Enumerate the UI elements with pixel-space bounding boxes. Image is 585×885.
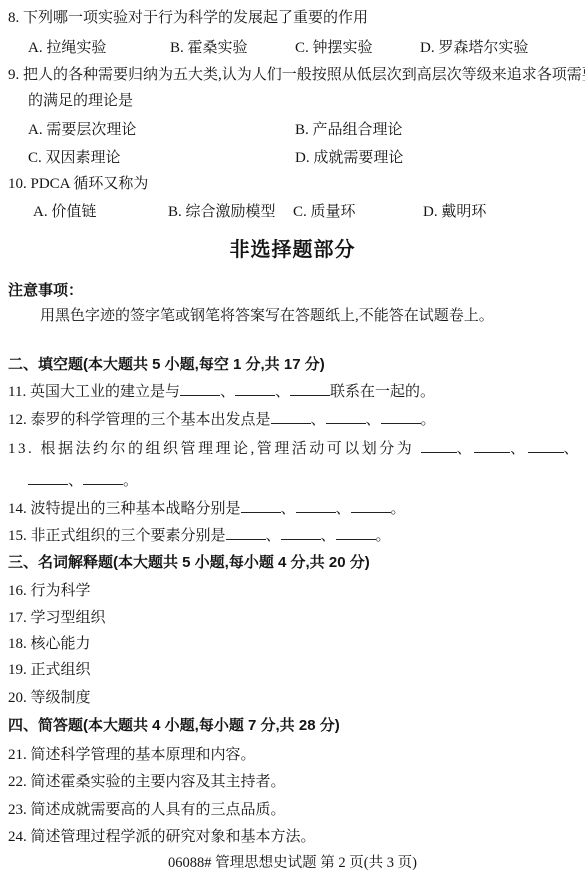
question-11: 11. 英国大工业的建立是与、、联系在一起的。 (8, 382, 581, 402)
option-9-b: B. 产品组合理论 (295, 120, 403, 140)
fill-section-heading: 二、填空题(本大题共 5 小题,每空 1 分,共 17 分) (8, 355, 581, 375)
short-answer-section-heading: 四、简答题(本大题共 4 小题,每小题 7 分,共 28 分) (8, 716, 581, 736)
question-17: 17. 学习型组织 (8, 608, 581, 628)
separator: 、 (311, 412, 326, 428)
exam-page: 8. 下列哪一项实验对于行为科学的发展起了重要的作用 A. 拉绳实验 B. 霍桑… (0, 0, 585, 885)
answer-blank (381, 423, 421, 424)
separator: 、 (564, 441, 582, 457)
option-10-d: D. 戴明环 (423, 202, 486, 222)
separator: 、 (266, 528, 281, 544)
question-12-text: 12. 泰罗的科学管理的三个基本出发点是 (8, 412, 271, 428)
option-10-b: B. 综合激励模型 (168, 202, 276, 222)
question-9-text-line2: 的满足的理论是 (28, 91, 581, 111)
question-20: 20. 等级制度 (8, 688, 581, 708)
page-footer: 06088# 管理思想史试题 第 2 页(共 3 页) (0, 853, 585, 873)
full-stop: 。 (391, 501, 406, 517)
question-13-text: 13. 根据法约尔的组织管理理论,管理活动可以划分为 (8, 441, 421, 457)
answer-blank (226, 539, 266, 540)
answer-blank (474, 452, 510, 453)
option-10-a: A. 价值链 (33, 202, 96, 222)
question-14-text: 14. 波特提出的三种基本战略分别是 (8, 501, 241, 517)
answer-blank (241, 512, 281, 513)
notice-label: 注意事项： (8, 281, 581, 301)
answer-blank (326, 423, 366, 424)
answer-blank (83, 484, 123, 485)
question-15: 15. 非正式组织的三个要素分别是、、。 (8, 526, 581, 546)
separator: 、 (336, 501, 351, 517)
answer-blank (235, 395, 275, 396)
question-24: 24. 简述管理过程学派的研究对象和基本方法。 (8, 827, 581, 847)
option-8-c: C. 钟摆实验 (295, 38, 373, 58)
answer-blank (28, 484, 68, 485)
answer-blank (290, 395, 330, 396)
answer-blank (351, 512, 391, 513)
option-9-d: D. 成就需要理论 (295, 148, 403, 168)
separator: 、 (510, 441, 528, 457)
question-21: 21. 简述科学管理的基本原理和内容。 (8, 745, 581, 765)
option-8-d: D. 罗森塔尔实验 (420, 38, 528, 58)
option-8-b: B. 霍桑实验 (170, 38, 248, 58)
question-12: 12. 泰罗的科学管理的三个基本出发点是、、。 (8, 410, 581, 430)
option-9-a: A. 需要层次理论 (28, 120, 136, 140)
question-11-text: 11. 英国大工业的建立是与 (8, 384, 180, 400)
full-stop: 。 (421, 412, 436, 428)
option-10-c: C. 质量环 (293, 202, 356, 222)
answer-blank (296, 512, 336, 513)
answer-blank (281, 539, 321, 540)
question-23: 23. 简述成就需要高的人具有的三点品质。 (8, 800, 581, 820)
question-8-text: 8. 下列哪一项实验对于行为科学的发展起了重要的作用 (8, 8, 581, 28)
question-22: 22. 简述霍桑实验的主要内容及其主持者。 (8, 772, 581, 792)
full-stop: 。 (376, 528, 391, 544)
answer-blank (271, 423, 311, 424)
answer-blank (180, 395, 220, 396)
question-13-line2: 、。 (28, 471, 581, 491)
option-8-a: A. 拉绳实验 (28, 38, 106, 58)
question-11-tail: 联系在一起的。 (330, 384, 435, 400)
question-13-line1: 13. 根据法约尔的组织管理理论,管理活动可以划分为 、、、 (8, 439, 581, 459)
answer-blank (421, 452, 457, 453)
option-9-c: C. 双因素理论 (28, 148, 121, 168)
question-9-options-row2: C. 双因素理论 D. 成就需要理论 (0, 148, 585, 168)
separator: 、 (68, 473, 83, 489)
question-18: 18. 核心能力 (8, 634, 581, 654)
separator: 、 (275, 384, 290, 400)
question-9-options-row1: A. 需要层次理论 B. 产品组合理论 (0, 120, 585, 140)
full-stop: 。 (123, 473, 138, 489)
terms-section-heading: 三、名词解释题(本大题共 5 小题,每小题 4 分,共 20 分) (8, 553, 581, 573)
separator: 、 (366, 412, 381, 428)
question-10-text: 10. PDCA 循环又称为 (8, 174, 581, 194)
question-16: 16. 行为科学 (8, 581, 581, 601)
answer-blank (336, 539, 376, 540)
question-8-options: A. 拉绳实验 B. 霍桑实验 C. 钟摆实验 D. 罗森塔尔实验 (0, 38, 585, 58)
question-19: 19. 正式组织 (8, 660, 581, 680)
question-10-options: A. 价值链 B. 综合激励模型 C. 质量环 D. 戴明环 (0, 202, 585, 222)
answer-blank (528, 452, 564, 453)
notice-text: 用黑色字迹的签字笔或钢笔将答案写在答题纸上,不能答在试题卷上。 (40, 306, 581, 326)
separator: 、 (281, 501, 296, 517)
separator: 、 (220, 384, 235, 400)
separator: 、 (321, 528, 336, 544)
question-14: 14. 波特提出的三种基本战略分别是、、。 (8, 499, 581, 519)
question-15-text: 15. 非正式组织的三个要素分别是 (8, 528, 226, 544)
separator: 、 (457, 441, 475, 457)
question-9-text-line1: 9. 把人的各种需要归纳为五大类,认为人们一般按照从低层次到高层次等级来追求各项… (8, 65, 581, 85)
section-heading: 非选择题部分 (0, 240, 585, 260)
